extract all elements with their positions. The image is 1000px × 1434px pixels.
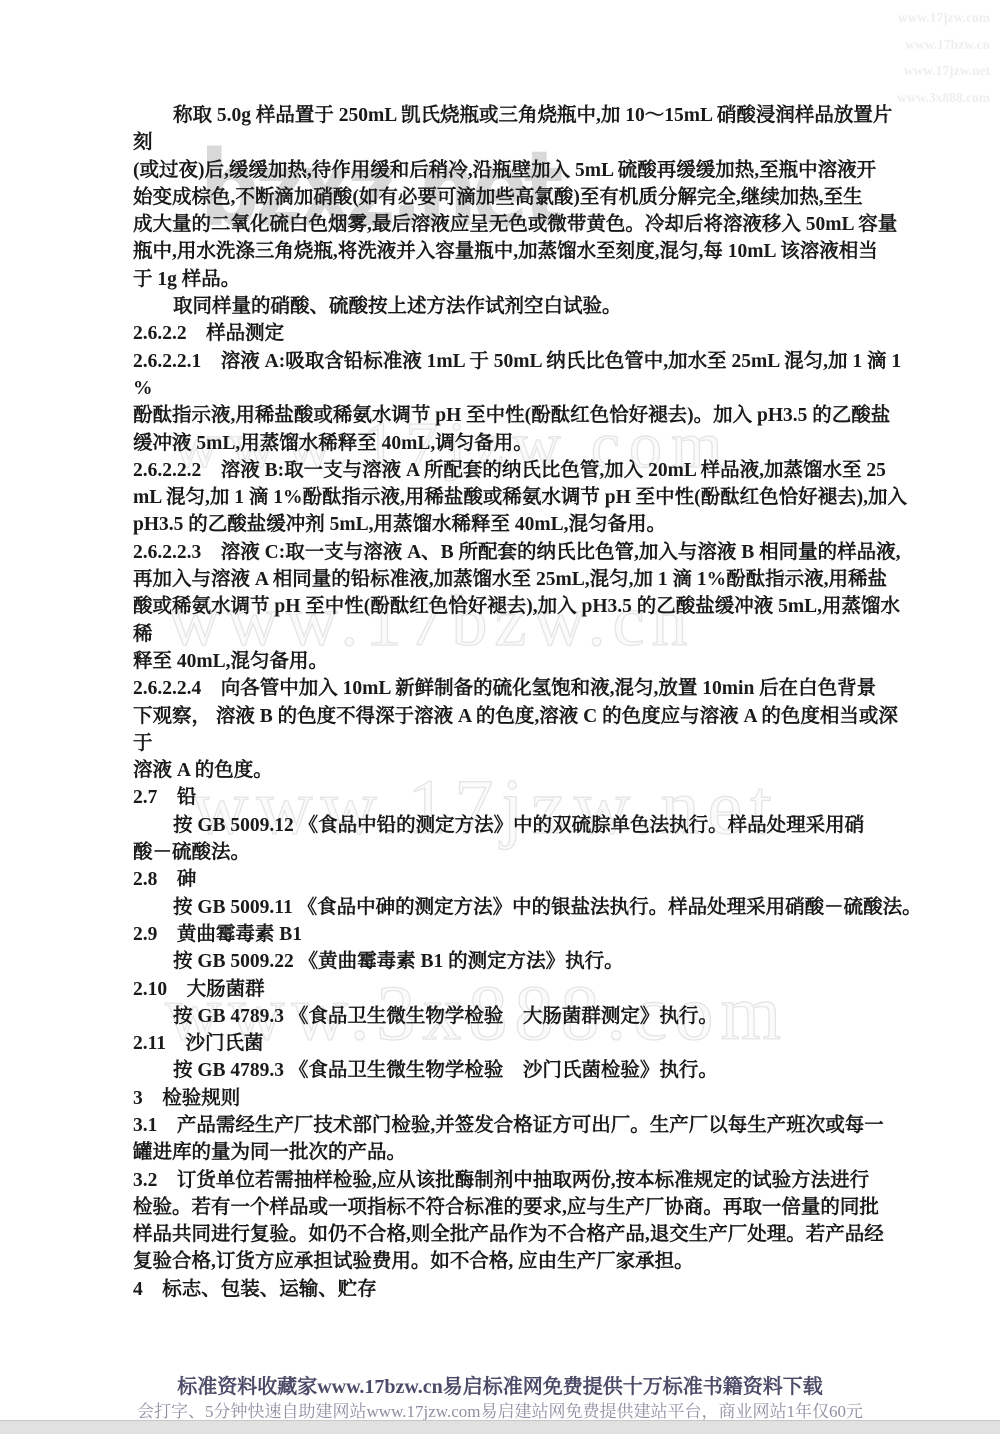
text-line-5: 成大量的二氧化硫白色烟雾,最后溶液应呈无色或微带黄色。冷却后将溶液移入 50mL…: [133, 211, 888, 238]
text-line-25: 溶液 A 的色度。: [133, 757, 888, 784]
text-line-3: (或过夜)后,缓缓加热,待作用缓和后稍冷,沿瓶壁加入 5mL 硫酸再缓缓加热,至…: [133, 157, 888, 184]
text-line-36: 按 GB 4789.3 《食品卫生微生物学检验 沙门氏菌检验》执行。: [133, 1057, 888, 1084]
text-line-30: 按 GB 5009.11 《食品中砷的测定方法》中的银盐法执行。样品处理采用硝酸…: [133, 894, 888, 921]
text-line-23: 下观察， 溶液 B 的色度不得深于溶液 A 的色度,溶液 C 的色度应与溶液 A…: [133, 703, 888, 730]
bottom-edge-strip: [0, 1420, 1000, 1434]
text-line-26: 2.7 铅: [133, 784, 888, 811]
text-line-2: 刻: [133, 129, 888, 156]
text-line-1: 称取 5.0g 样品置于 250mL 凯氏烧瓶或三角烧瓶中,加 10～15mL …: [133, 102, 888, 129]
text-line-37: 3 检验规则: [133, 1085, 888, 1112]
text-line-22: 2.6.2.2.4 向各管中加入 10mL 新鲜制备的硫化氢饱和液,混匀,放置 …: [133, 675, 888, 702]
text-line-42: 样品共同进行复验。如仍不合格,则全批产品作为不合格产品,退交生产厂处理。若产品经: [133, 1221, 888, 1248]
footer-promo-secondary: 会打字、5分钟快速自助建网站www.17jzw.com易启建站网免费提供建站平台…: [0, 1397, 1000, 1422]
text-line-34: 按 GB 4789.3 《食品卫生微生物学检验 大肠菌群测定》执行。: [133, 1003, 888, 1030]
text-line-18: 再加入与溶液 A 相同量的铅标准液,加蒸馏水至 25mL,混匀,加 1 滴 1%…: [133, 566, 888, 593]
document-body: 称取 5.0g 样品置于 250mL 凯氏烧瓶或三角烧瓶中,加 10～15mL …: [133, 102, 888, 1303]
text-line-14: 2.6.2.2.2 溶液 B:取一支与溶液 A 所配套的纳氏比色管,加入 20m…: [133, 457, 888, 484]
corner-watermark-block: www.17jzw.com www.17bzw.cn www.17jzw.net…: [897, 5, 990, 111]
text-line-17: 2.6.2.2.3 溶液 C:取一支与溶液 A、B 所配套的纳氏比色管,加入与溶…: [133, 539, 888, 566]
text-line-15: mL 混匀,加 1 滴 1%酚酞指示液,用稀盐酸或稀氨水调节 pH 至中性(酚酞…: [133, 484, 888, 511]
text-line-16: pH3.5 的乙酸盐缓冲剂 5mL,用蒸馏水稀释至 40mL,混匀备用。: [133, 511, 888, 538]
text-line-24: 于: [133, 730, 888, 757]
text-line-11: %: [133, 375, 888, 402]
text-line-35: 2.11 沙门氏菌: [133, 1030, 888, 1057]
text-line-31: 2.9 黄曲霉毒素 B1: [133, 921, 888, 948]
text-line-28: 酸－硫酸法。: [133, 839, 888, 866]
corner-watermark-line: www.17jzw.com: [897, 5, 990, 32]
text-line-6: 瓶中,用水洗涤三角烧瓶,将洗液并入容量瓶中,加蒸馏水至刻度,混匀,每 10mL …: [133, 238, 888, 265]
text-line-19: 酸或稀氨水调节 pH 至中性(酚酞红色恰好褪去),加入 pH3.5 的乙酸盐缓冲…: [133, 593, 888, 620]
text-line-4: 始变成棕色,不断滴加硝酸(如有必要可滴加些高氯酸)至有机质分解完全,继续加热,至…: [133, 184, 888, 211]
text-line-38: 3.1 产品需经生产厂技术部门检验,并签发合格证方可出厂。生产厂以每生产班次或每…: [133, 1112, 888, 1139]
text-line-10: 2.6.2.2.1 溶液 A:吸取含铅标准液 1mL 于 50mL 纳氏比色管中…: [133, 348, 888, 375]
corner-watermark-line: www.3x888.com: [897, 85, 990, 112]
text-line-7: 于 1g 样品。: [133, 266, 888, 293]
text-line-41: 检验。若有一个样品或一项指标不符合标准的要求,应与生产厂协商。再取一倍量的同批: [133, 1194, 888, 1221]
text-line-29: 2.8 砷: [133, 866, 888, 893]
text-line-13: 缓冲液 5mL,用蒸馏水稀释至 40mL,调匀备用。: [133, 430, 888, 457]
text-line-21: 释至 40mL,混匀备用。: [133, 648, 888, 675]
text-line-8: 取同样量的硝酸、硫酸按上述方法作试剂空白试验。: [133, 293, 888, 320]
text-line-43: 复验合格,订货方应承担试验费用。如不合格, 应由生产厂家承担。: [133, 1248, 888, 1275]
text-line-33: 2.10 大肠菌群: [133, 976, 888, 1003]
text-line-12: 酚酞指示液,用稀盐酸或稀氨水调节 pH 至中性(酚酞红色恰好褪去)。加入 pH3…: [133, 402, 888, 429]
corner-watermark-line: www.17bzw.cn: [897, 32, 990, 59]
text-line-44: 4 标志、包装、运输、贮存: [133, 1276, 888, 1303]
corner-watermark-line: www.17jzw.net: [897, 58, 990, 85]
text-line-20: 稀: [133, 621, 888, 648]
text-line-40: 3.2 订货单位若需抽样检验,应从该批酶制剂中抽取两份,按本标准规定的试验方法进…: [133, 1167, 888, 1194]
text-line-39: 罐进库的量为同一批次的产品。: [133, 1139, 888, 1166]
text-line-27: 按 GB 5009.12 《食品中铅的测定方法》中的双硫腙单色法执行。样品处理采…: [133, 812, 888, 839]
text-line-9: 2.6.2.2 样品测定: [133, 320, 888, 347]
text-line-32: 按 GB 5009.22 《黄曲霉毒素 B1 的测定方法》执行。: [133, 948, 888, 975]
scanned-standard-page: { "watermarks": { "corner": ["www.17jzw.…: [0, 0, 1000, 1434]
footer-promo-primary: 标准资料收藏家www.17bzw.cn易启标准网免费提供十万标准书籍资料下载: [0, 1370, 1000, 1399]
